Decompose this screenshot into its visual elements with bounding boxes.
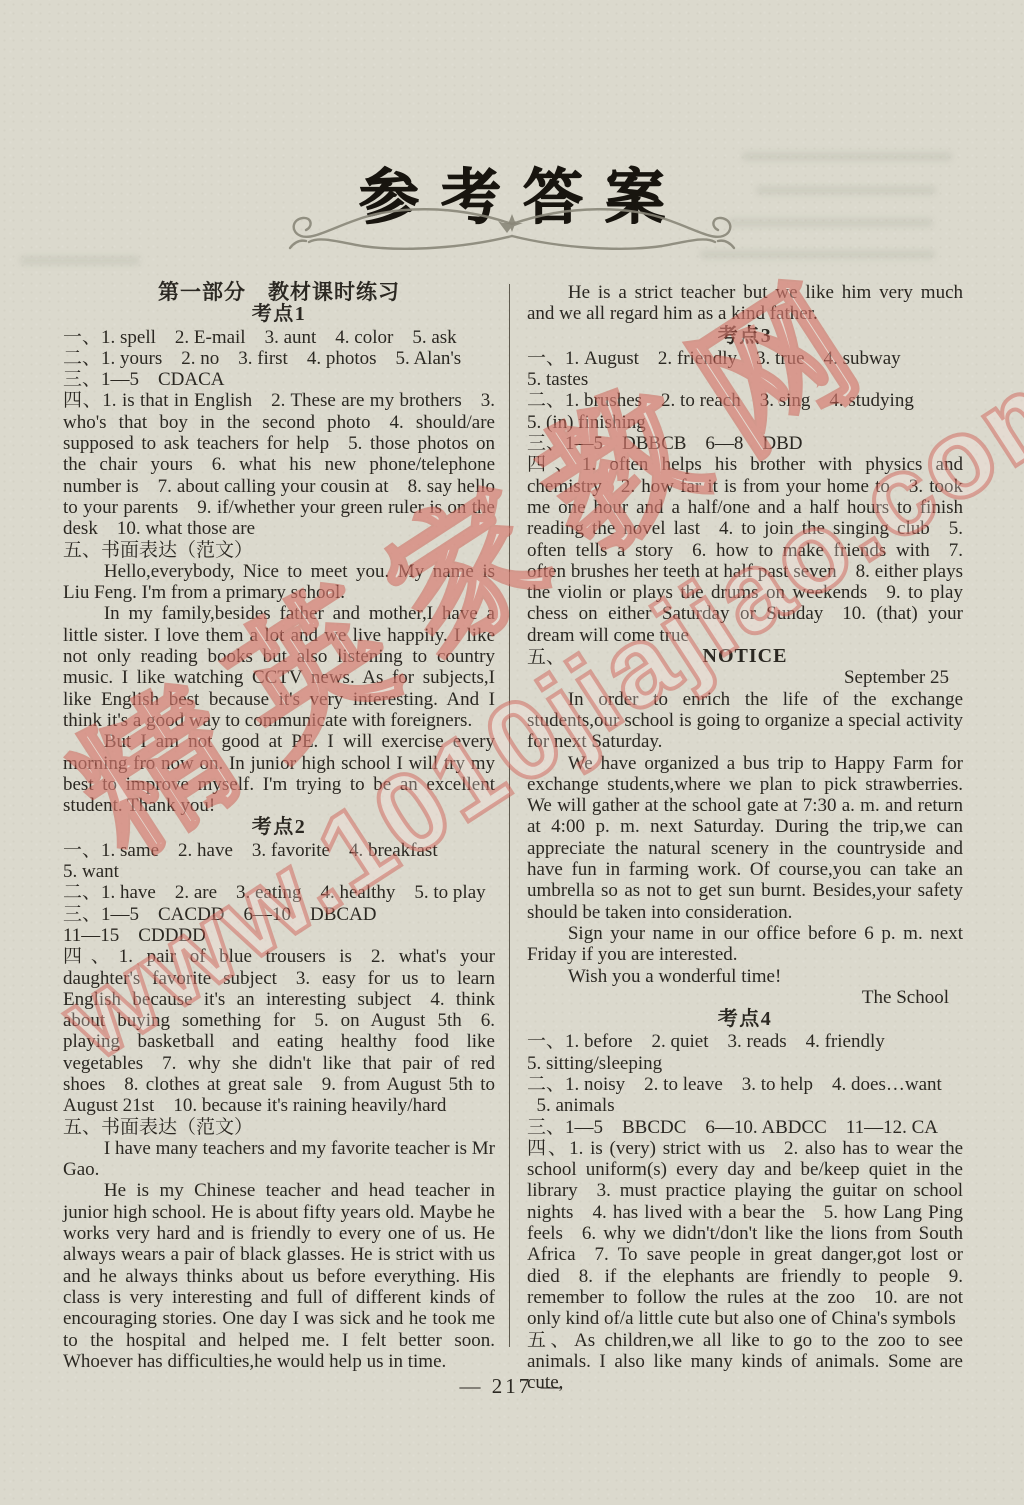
essay-paragraph: In order to enrich the life of the excha…: [527, 689, 963, 753]
kaodian-heading: 考点3: [527, 326, 963, 347]
answer-line: 二、1. noisy 2. to leave 3. to help 4. doe…: [527, 1074, 963, 1095]
answer-line: 四、1. is (very) strict with us 2. also ha…: [527, 1138, 963, 1330]
answer-line: 一、1. before 2. quiet 3. reads 4. friendl…: [527, 1031, 963, 1052]
notice-heading: 五、NOTICE: [527, 646, 963, 667]
notice-marker: 五、: [527, 647, 565, 668]
answer-line: 5. want: [63, 861, 495, 882]
answer-line: 五、书面表达（范文）: [63, 1117, 495, 1138]
essay-paragraph: Sign your name in our office before 6 p.…: [527, 923, 963, 966]
answer-line: 二、1. yours 2. no 3. first 4. photos 5. A…: [63, 348, 495, 369]
answer-line: 一、1. same 2. have 3. favorite 4. breakfa…: [63, 840, 495, 861]
answer-line: 三、1—5 DBBCB 6—8 DBD: [527, 433, 963, 454]
answer-line: 11—15 CDDDD: [63, 925, 495, 946]
answer-line: 二、1. brushes 2. to reach 3. sing 4. stud…: [527, 390, 963, 411]
essay-paragraph: I have many teachers and my favorite tea…: [63, 1138, 495, 1181]
answer-line: 四、1. pair of blue trousers is 2. what's …: [63, 946, 495, 1116]
essay-paragraph: Wish you a wonderful time!: [527, 966, 963, 987]
title-flourish-ornament: [282, 198, 742, 268]
answer-line: 三、1—5 BBCDC 6—10. ABDCC 11—12. CA: [527, 1117, 963, 1138]
essay-paragraph: He is my Chinese teacher and head teache…: [63, 1180, 495, 1372]
left-column: 第一部分 教材课时练习考点1一、1. spell 2. E-mail 3. au…: [63, 282, 495, 1372]
page-number: — 217 —: [0, 1374, 1024, 1399]
answer-line: 5. sitting/sleeping: [527, 1053, 963, 1074]
essay-paragraph: He is a strict teacher but we like him v…: [527, 282, 963, 325]
essay-paragraph: We have organized a bus trip to Happy Fa…: [527, 753, 963, 923]
answer-line: 五、书面表达（范文）: [63, 540, 495, 561]
answer-line: 三、1—5 CDACA: [63, 369, 495, 390]
answer-line: 三、1—5 CACDD 6—10 DBCAD: [63, 904, 495, 925]
answer-line: 5. tastes: [527, 369, 963, 390]
answer-line: 5. (in) finishing: [527, 412, 963, 433]
bleed-through-smudge: [20, 256, 140, 265]
kaodian-heading: 考点4: [527, 1009, 963, 1030]
answer-line: 一、1. August 2. friendly 3. true 4. subwa…: [527, 348, 963, 369]
answer-line: 5. animals: [527, 1095, 963, 1116]
answer-line: 四、1. is that in English 2. These are my …: [63, 390, 495, 539]
answer-line: 四、1. often helps his brother with physic…: [527, 454, 963, 646]
kaodian-heading: 考点1: [63, 304, 495, 325]
scanned-answer-page: 参考答案 第一部分 教材课时练习考点1一、1. spell 2. E-mail …: [0, 0, 1024, 1505]
kaodian-heading: 考点2: [63, 817, 495, 838]
right-aligned-line: September 25: [527, 667, 963, 688]
notice-title: NOTICE: [703, 645, 788, 667]
right-aligned-line: The School: [527, 987, 963, 1008]
essay-paragraph: In my family,besides father and mother,I…: [63, 603, 495, 731]
answer-line: 一、1. spell 2. E-mail 3. aunt 4. color 5.…: [63, 327, 495, 348]
right-column: He is a strict teacher but we like him v…: [527, 282, 963, 1393]
essay-paragraph: Hello,everybody, Nice to meet you. My na…: [63, 561, 495, 604]
essay-paragraph: But I am not good at PE. I will exercise…: [63, 731, 495, 816]
section-heading: 第一部分 教材课时练习: [63, 282, 495, 303]
answer-line: 二、1. have 2. are 3. eating 4. healthy 5.…: [63, 882, 495, 903]
column-divider: [509, 284, 510, 1347]
